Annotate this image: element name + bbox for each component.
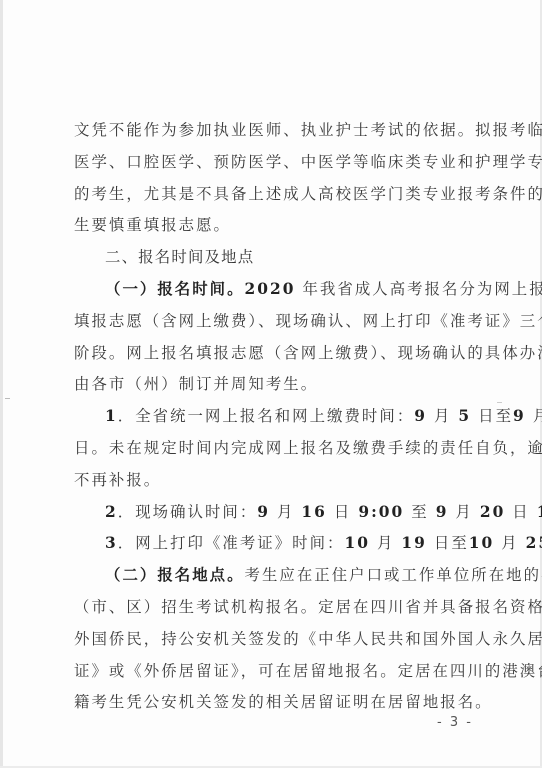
text-span: 年我省成人高考报名分为网上报名 <box>296 280 542 298</box>
text-span: 月 <box>455 503 472 521</box>
item-number: 1 <box>105 407 118 425</box>
item-online-registration: 1．全省统一网上报名和网上缴费时间：9 月 5 日至9 月 11 日。未在规定时… <box>74 401 474 496</box>
date-value: 9 <box>513 407 526 425</box>
text-span: 日 <box>434 534 451 552</box>
text-line: 证》或《外侨居留证》，可在居留地报名。定居在四川的港澳台 <box>74 656 474 688</box>
page-edge-left <box>0 0 3 768</box>
text-span: 考生应在正住户口或工作单位所在地的县 <box>245 566 542 584</box>
date-value: 9 <box>414 407 427 425</box>
text-line: 生要慎重填报志愿。 <box>74 210 474 242</box>
subsection-registration-time: （一）报名时间。2020 年我省成人高考报名分为网上报名 填报志愿（含网上缴费）… <box>74 274 474 401</box>
text-line: 医学、口腔医学、预防医学、中医学等临床类专业和护理学专业 <box>74 147 474 179</box>
time-value: 9:00 <box>358 503 404 521</box>
text-line: 填报志愿（含网上缴费）、现场确认、网上打印《准考证》三个 <box>74 306 474 338</box>
item-label: ．网上打印《准考证》时间： <box>118 534 345 552</box>
date-value: 9 <box>257 503 270 521</box>
text-line: 1．全省统一网上报名和网上缴费时间：9 月 5 日至9 月 11 <box>74 401 474 433</box>
date-value: 19 <box>401 534 427 552</box>
item-label: ．现场确认时间： <box>118 503 258 521</box>
text-line: （一）报名时间。2020 年我省成人高考报名分为网上报名 <box>74 274 474 306</box>
paragraph-intro: 文凭不能作为参加执业医师、执业护士考试的依据。拟报考临床 医学、口腔医学、预防医… <box>74 115 474 242</box>
date-value: 9 <box>436 503 449 521</box>
date-value: 10 <box>469 534 495 552</box>
text-line: 籍考生凭公安机关签发的相关居留证明在居留地报名。 <box>74 687 474 719</box>
year: 2020 <box>245 280 296 298</box>
item-label: ．全省统一网上报名和网上缴费时间： <box>118 407 415 425</box>
date-value: 16 <box>301 503 327 521</box>
scan-margin-mark <box>5 398 10 399</box>
text-span: 至 <box>411 503 428 521</box>
document-body: 文凭不能作为参加执业医师、执业护士考试的依据。拟报考临床 医学、口腔医学、预防医… <box>74 115 474 719</box>
text-span: 日 <box>512 503 529 521</box>
text-span: 至 <box>451 534 468 552</box>
item-onsite-confirmation: 2．现场确认时间：9 月 16 日 9:00 至 9 月 20 日 17:00。 <box>74 497 474 529</box>
subsection-title: （一）报名时间。 <box>105 280 245 298</box>
text-line: 不再补报。 <box>74 465 474 497</box>
text-line: （二）报名地点。考生应在正住户口或工作单位所在地的县 <box>74 560 474 592</box>
text-line: 由各市（州）制订并周知考生。 <box>74 369 474 401</box>
text-span: 月 <box>434 407 451 425</box>
text-span: 至 <box>496 407 513 425</box>
page-number: - 3 - <box>437 715 473 730</box>
date-value: 10 <box>345 534 371 552</box>
text-span: 月 <box>277 503 294 521</box>
text-span: 日 <box>334 503 351 521</box>
section-heading: 二、报名时间及地点 <box>74 242 474 274</box>
item-number: 2 <box>105 503 118 521</box>
item-number: 3 <box>105 534 118 552</box>
item-print-admission-ticket: 3．网上打印《准考证》时间：10 月 19 日至10 月 25 日。 <box>74 528 474 560</box>
text-line: 的考生，尤其是不具备上述成人高校医学门类专业报考条件的考 <box>74 179 474 211</box>
subsection-title: （二）报名地点。 <box>105 566 245 584</box>
date-value: 20 <box>480 503 506 521</box>
text-line: 日。未在规定时间内完成网上报名及缴费手续的责任自负，逾期 <box>74 433 474 465</box>
date-value: 25 <box>526 534 542 552</box>
subsection-registration-location: （二）报名地点。考生应在正住户口或工作单位所在地的县 （市、区）招生考试机构报名… <box>74 560 474 719</box>
text-line: 外国侨民，持公安机关签发的《中华人民共和国外国人永久居留 <box>74 624 474 656</box>
text-span: 月 <box>501 534 518 552</box>
text-span: 月 <box>377 534 394 552</box>
text-line: 文凭不能作为参加执业医师、执业护士考试的依据。拟报考临床 <box>74 115 474 147</box>
text-span: 月 <box>533 407 542 425</box>
text-span: 日 <box>478 407 495 425</box>
text-line: 阶段。网上报名填报志愿（含网上缴费）、现场确认的具体办法 <box>74 338 474 370</box>
date-value: 5 <box>458 407 471 425</box>
text-line: （市、区）招生考试机构报名。定居在四川省并具备报名资格的 <box>74 592 474 624</box>
time-value: 17:00 <box>537 503 542 521</box>
